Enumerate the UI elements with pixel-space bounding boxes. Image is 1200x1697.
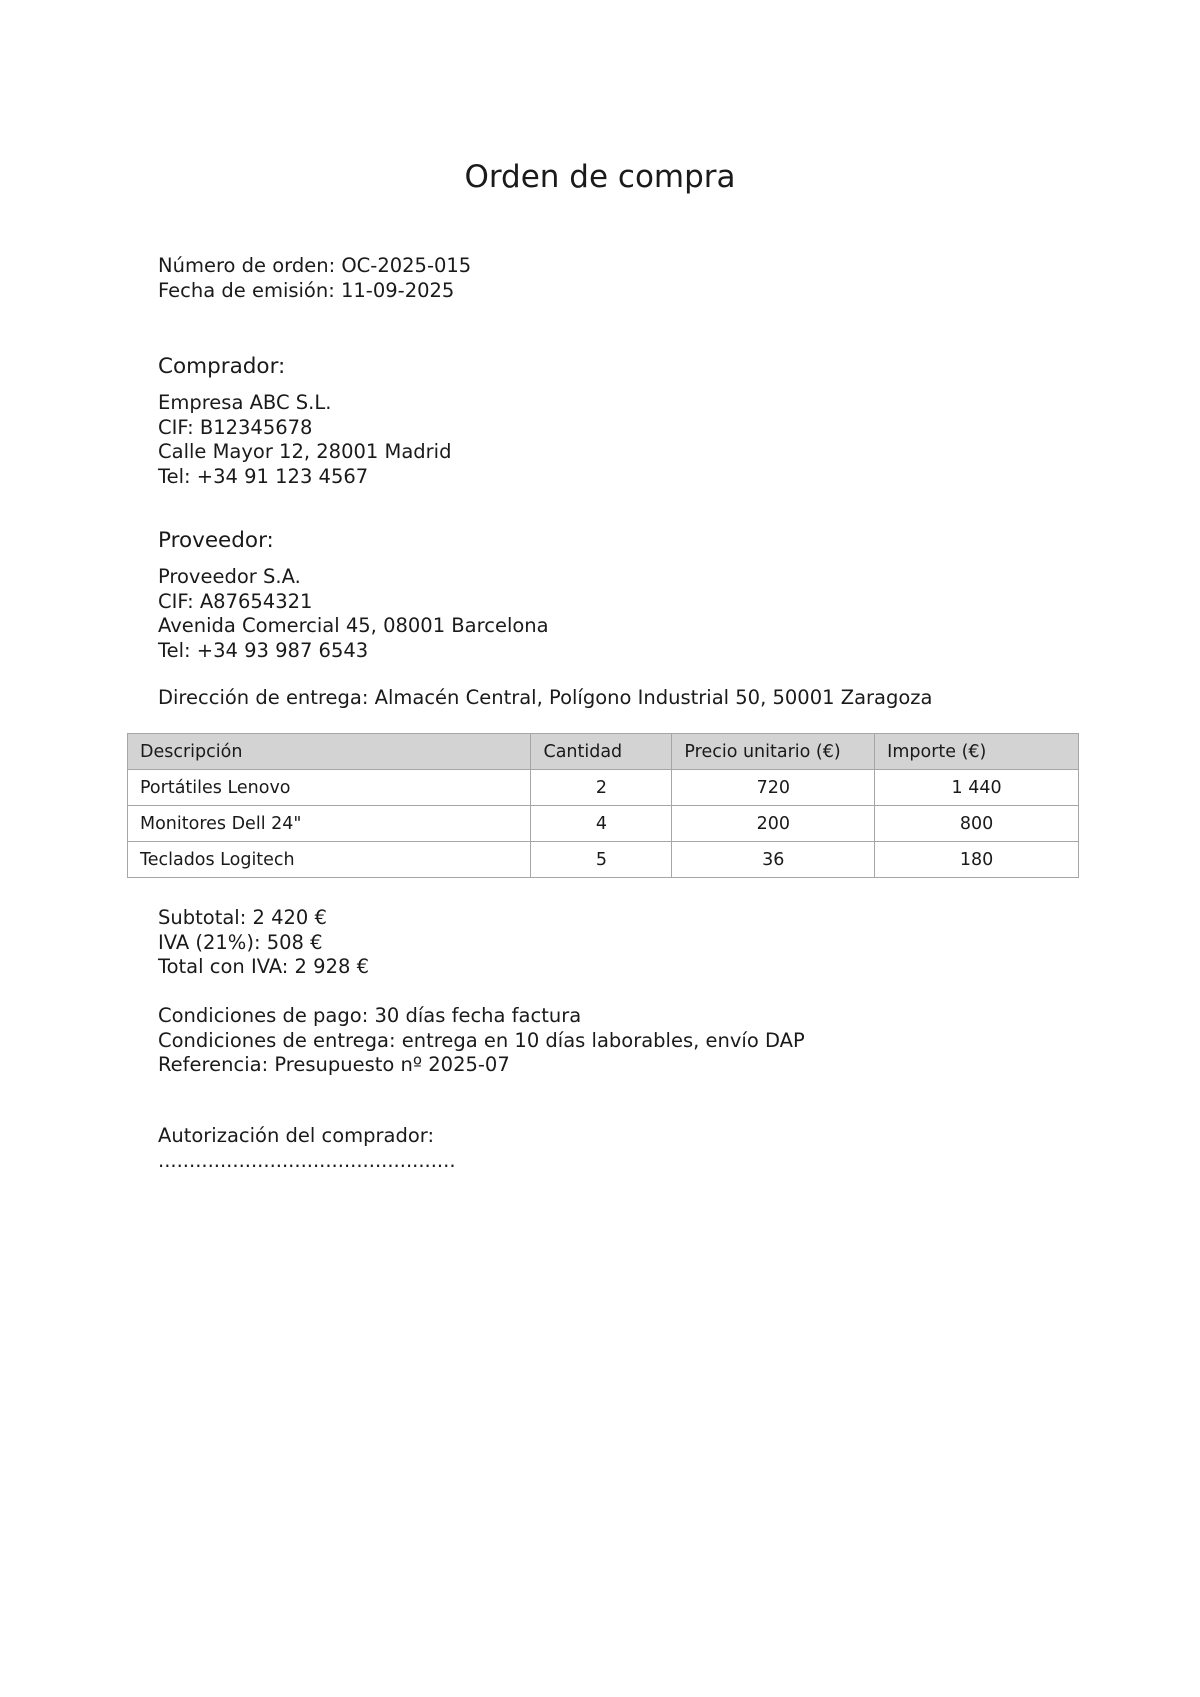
cell-quantity: 4 — [531, 806, 672, 842]
cell-quantity: 2 — [531, 770, 672, 806]
items-table: Descripción Cantidad Precio unitario (€)… — [127, 733, 1079, 878]
purchase-order-page: Orden de compra Número de orden: OC-2025… — [0, 0, 1200, 1697]
order-info: Número de orden: OC-2025-015 Fecha de em… — [158, 254, 471, 303]
table-header-row: Descripción Cantidad Precio unitario (€)… — [128, 734, 1079, 770]
totals: Subtotal: 2 420 € IVA (21%): 508 € Total… — [158, 906, 369, 980]
conditions: Condiciones de pago: 30 días fecha factu… — [158, 1004, 805, 1078]
total-with-vat: Total con IVA: 2 928 € — [158, 955, 369, 980]
cell-unit-price: 200 — [672, 806, 875, 842]
header-amount: Importe (€) — [875, 734, 1079, 770]
buyer-heading: Comprador: — [158, 353, 285, 381]
header-quantity: Cantidad — [531, 734, 672, 770]
vat: IVA (21%): 508 € — [158, 931, 369, 956]
signature-line: ........................................… — [158, 1149, 456, 1174]
buyer-name: Empresa ABC S.L. — [158, 391, 451, 416]
subtotal: Subtotal: 2 420 € — [158, 906, 369, 931]
supplier-phone: Tel: +34 93 987 6543 — [158, 639, 549, 664]
reference: Referencia: Presupuesto nº 2025-07 — [158, 1053, 805, 1078]
delivery-conditions: Condiciones de entrega: entrega en 10 dí… — [158, 1029, 805, 1054]
document-title: Orden de compra — [0, 157, 1200, 197]
supplier-heading: Proveedor: — [158, 527, 274, 555]
supplier-name: Proveedor S.A. — [158, 565, 549, 590]
buyer-address: Calle Mayor 12, 28001 Madrid — [158, 440, 451, 465]
issue-date: Fecha de emisión: 11-09-2025 — [158, 279, 471, 304]
buyer-cif: CIF: B12345678 — [158, 416, 451, 441]
cell-amount: 180 — [875, 842, 1079, 878]
cell-description: Monitores Dell 24" — [128, 806, 531, 842]
table-row: Teclados Logitech 5 36 180 — [128, 842, 1079, 878]
buyer-phone: Tel: +34 91 123 4567 — [158, 465, 451, 490]
header-unit-price: Precio unitario (€) — [672, 734, 875, 770]
cell-quantity: 5 — [531, 842, 672, 878]
authorization-label: Autorización del comprador: — [158, 1124, 456, 1149]
delivery-address: Dirección de entrega: Almacén Central, P… — [158, 686, 933, 711]
supplier-details: Proveedor S.A. CIF: A87654321 Avenida Co… — [158, 565, 549, 663]
cell-amount: 800 — [875, 806, 1079, 842]
payment-conditions: Condiciones de pago: 30 días fecha factu… — [158, 1004, 805, 1029]
cell-description: Portátiles Lenovo — [128, 770, 531, 806]
header-description: Descripción — [128, 734, 531, 770]
supplier-address: Avenida Comercial 45, 08001 Barcelona — [158, 614, 549, 639]
cell-amount: 1 440 — [875, 770, 1079, 806]
buyer-details: Empresa ABC S.L. CIF: B12345678 Calle Ma… — [158, 391, 451, 489]
table-row: Monitores Dell 24" 4 200 800 — [128, 806, 1079, 842]
cell-description: Teclados Logitech — [128, 842, 531, 878]
cell-unit-price: 720 — [672, 770, 875, 806]
order-number: Número de orden: OC-2025-015 — [158, 254, 471, 279]
cell-unit-price: 36 — [672, 842, 875, 878]
authorization: Autorización del comprador: ............… — [158, 1124, 456, 1173]
table-row: Portátiles Lenovo 2 720 1 440 — [128, 770, 1079, 806]
supplier-cif: CIF: A87654321 — [158, 590, 549, 615]
